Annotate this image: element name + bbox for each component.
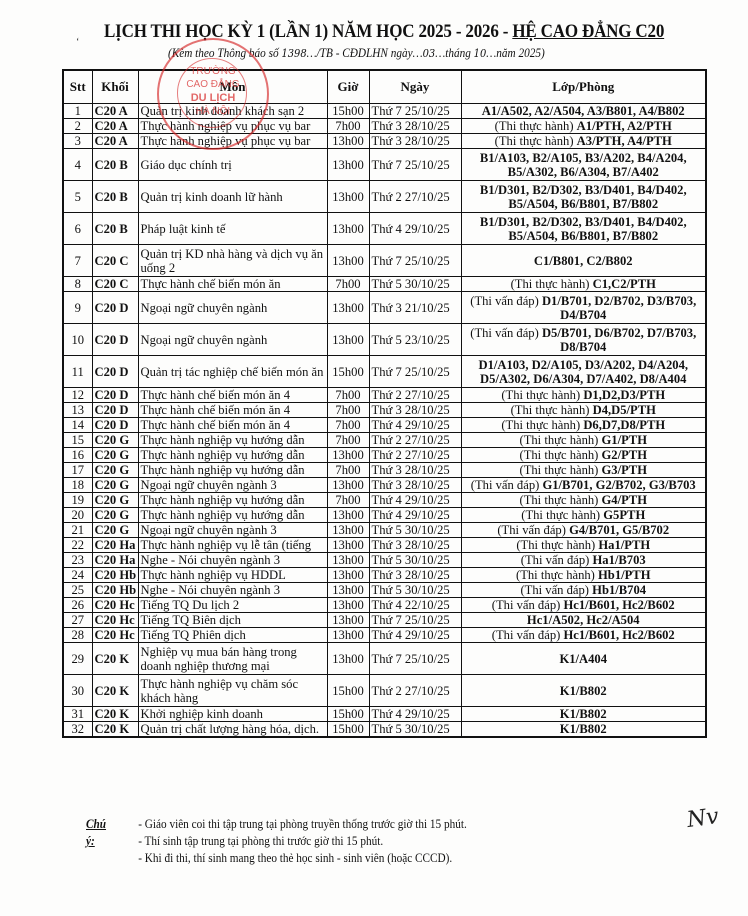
cell-stt: 5 (63, 181, 92, 213)
cell-khoi: C20 B (92, 149, 138, 181)
cell-stt: 30 (63, 675, 92, 707)
cell-khoi: C20 Hc (92, 628, 138, 643)
cell-lop-phong: (Thi vấn đáp) Hc1/B601, Hc2/B602 (461, 628, 706, 643)
cell-lop-phong: A1/A502, A2/A504, A3/B801, A4/B802 (461, 104, 706, 119)
cell-gio: 13h00 (327, 245, 369, 277)
cell-stt: 9 (63, 292, 92, 324)
cell-stt: 8 (63, 277, 92, 292)
cell-stt: 19 (63, 493, 92, 508)
cell-khoi: C20 K (92, 707, 138, 722)
table-row: 22C20 HaThực hành nghiệp vụ lễ tân (tiến… (63, 538, 706, 553)
cell-khoi: C20 G (92, 478, 138, 493)
table-row: 15C20 GThực hành nghiệp vụ hướng dẫn7h00… (63, 433, 706, 448)
cell-gio: 13h00 (327, 628, 369, 643)
cell-mon: Thực hành nghiệp vụ hướng dẫn (138, 448, 327, 463)
exam-type: (Thi thực hành) (501, 388, 583, 402)
cell-gio: 13h00 (327, 613, 369, 628)
cell-gio: 13h00 (327, 538, 369, 553)
cell-lop-phong: (Thi thực hành) A3/PTH, A4/PTH (461, 134, 706, 149)
table-row: 5C20 BQuản trị kinh doanh lữ hành13h00Th… (63, 181, 706, 213)
cell-stt: 21 (63, 523, 92, 538)
cell-stt: 27 (63, 613, 92, 628)
cell-gio: 13h00 (327, 598, 369, 613)
table-row: 6C20 BPháp luật kinh tế13h00Thứ 4 29/10/… (63, 213, 706, 245)
cell-mon: Quản trị tác nghiệp chế biến món ăn (138, 356, 327, 388)
cell-ngay: Thứ 4 29/10/25 (369, 493, 461, 508)
cell-mon: Thực hành nghiệp vụ phục vụ bar (138, 134, 327, 149)
cell-ngay: Thứ 5 30/10/25 (369, 722, 461, 738)
cell-khoi: C20 G (92, 508, 138, 523)
cell-lop-phong: K1/B802 (461, 675, 706, 707)
cell-khoi: C20 G (92, 448, 138, 463)
title-program: HỆ CAO ĐẲNG C20 (512, 22, 664, 42)
cell-stt: 22 (63, 538, 92, 553)
notes-label: Chú ý: (86, 816, 106, 850)
cell-stt: 25 (63, 583, 92, 598)
cell-mon: Thực hành nghiệp vụ chăm sóc khách hàng (138, 675, 327, 707)
class-room: D1/B701, D2/B702, D3/B703, D4/B704 (542, 294, 696, 322)
table-row: 26C20 HcTiếng TQ Du lịch 213h00Thứ 4 22/… (63, 598, 706, 613)
cell-mon: Thực hành nghiệp vụ hướng dẫn (138, 493, 327, 508)
table-row: 8C20 CThực hành chế biến món ăn7h00Thứ 5… (63, 277, 706, 292)
cell-mon: Quản trị KD nhà hàng và dịch vụ ăn uống … (138, 245, 327, 277)
class-room: G5PTH (603, 508, 645, 522)
cell-mon: Giáo dục chính trị (138, 149, 327, 181)
table-body: 1C20 AQuản trị kinh doanh khách sạn 215h… (63, 104, 706, 738)
cell-khoi: C20 Ha (92, 553, 138, 568)
cell-ngay: Thứ 5 30/10/25 (369, 553, 461, 568)
table-row: 19C20 GThực hành nghiệp vụ hướng dẫn7h00… (63, 493, 706, 508)
cell-khoi: C20 K (92, 722, 138, 738)
cell-lop-phong: (Thi thực hành) G1/PTH (461, 433, 706, 448)
cell-gio: 7h00 (327, 403, 369, 418)
cell-ngay: Thứ 3 28/10/25 (369, 478, 461, 493)
cell-mon: Nghe - Nói chuyên ngành 3 (138, 553, 327, 568)
cell-mon: Thực hành nghiệp vụ hướng dẫn (138, 508, 327, 523)
cell-lop-phong: (Thi thực hành) Hb1/PTH (461, 568, 706, 583)
cell-stt: 23 (63, 553, 92, 568)
cell-khoi: C20 A (92, 104, 138, 119)
cell-mon: Nghe - Nói chuyên ngành 3 (138, 583, 327, 598)
cell-gio: 13h00 (327, 324, 369, 356)
cell-gio: 15h00 (327, 722, 369, 738)
title-main: LỊCH THI HỌC KỲ 1 (LẦN 1) NĂM HỌC 2025 -… (104, 22, 512, 42)
cell-lop-phong: (Thi thực hành) A1/PTH, A2/PTH (461, 119, 706, 134)
cell-khoi: C20 Hb (92, 583, 138, 598)
cell-lop-phong: (Thi thực hành) G3/PTH (461, 463, 706, 478)
class-room: K1/A404 (559, 652, 607, 666)
cell-mon: Khởi nghiệp kinh doanh (138, 707, 327, 722)
cell-stt: 2 (63, 119, 92, 134)
cell-lop-phong: (Thi thực hành) D4,D5/PTH (461, 403, 706, 418)
table-row: 32C20 KQuản trị chất lượng hàng hóa, dịc… (63, 722, 706, 738)
cell-lop-phong: (Thi vấn đáp) D5/B701, D6/B702, D7/B703,… (461, 324, 706, 356)
cell-lop-phong: (Thi vấn đáp) G1/B701, G2/B702, G3/B703 (461, 478, 706, 493)
cell-lop-phong: (Thi vấn đáp) D1/B701, D2/B702, D3/B703,… (461, 292, 706, 324)
class-room: G4/B701, G5/B702 (569, 523, 669, 537)
cell-gio: 7h00 (327, 418, 369, 433)
class-room: Hb1/PTH (598, 568, 650, 582)
cell-khoi: C20 D (92, 388, 138, 403)
cell-mon: Thực hành nghiệp vụ HDDL (138, 568, 327, 583)
cell-mon: Tiếng TQ Biên dịch (138, 613, 327, 628)
cell-lop-phong: (Thi thực hành) C1,C2/PTH (461, 277, 706, 292)
table-row: 28C20 HcTiếng TQ Phiên dịch13h00Thứ 4 29… (63, 628, 706, 643)
class-room: K1/B802 (560, 684, 607, 698)
cell-gio: 7h00 (327, 463, 369, 478)
cell-lop-phong: (Thi vấn đáp) Hc1/B601, Hc2/B602 (461, 598, 706, 613)
table-row: 25C20 HbNghe - Nói chuyên ngành 313h00Th… (63, 583, 706, 598)
cell-mon: Thực hành chế biến món ăn 4 (138, 403, 327, 418)
note-item: - Khi đi thi, thí sinh mang theo thẻ học… (138, 850, 467, 867)
cell-lop-phong: (Thi vấn đáp) G4/B701, G5/B702 (461, 523, 706, 538)
cell-stt: 24 (63, 568, 92, 583)
cell-ngay: Thứ 4 29/10/25 (369, 418, 461, 433)
table-row: 9C20 DNgoại ngữ chuyên ngành13h00Thứ 3 2… (63, 292, 706, 324)
class-room: D6,D7,D8/PTH (583, 418, 665, 432)
cell-khoi: C20 G (92, 433, 138, 448)
header-lop-phong: Lớp/Phòng (461, 70, 706, 104)
cell-lop-phong: (Thi thực hành) G2/PTH (461, 448, 706, 463)
cell-gio: 15h00 (327, 707, 369, 722)
table-row: 14C20 DThực hành chế biến món ăn 47h00Th… (63, 418, 706, 433)
exam-type: (Thi thực hành) (511, 277, 593, 291)
cell-gio: 7h00 (327, 119, 369, 134)
cell-mon: Quản trị chất lượng hàng hóa, dịch. (138, 722, 327, 738)
cell-lop-phong: C1/B801, C2/B802 (461, 245, 706, 277)
cell-mon: Thực hành chế biến món ăn 4 (138, 418, 327, 433)
cell-khoi: C20 C (92, 277, 138, 292)
cell-stt: 7 (63, 245, 92, 277)
class-room: Hc1/A502, Hc2/A504 (527, 613, 640, 627)
cell-lop-phong: K1/B802 (461, 707, 706, 722)
cell-khoi: C20 D (92, 292, 138, 324)
cell-gio: 13h00 (327, 553, 369, 568)
table-row: 21C20 GNgoại ngữ chuyên ngành 313h00Thứ … (63, 523, 706, 538)
cell-mon: Thực hành chế biến món ăn 4 (138, 388, 327, 403)
class-room: G3/PTH (602, 463, 647, 477)
cell-gio: 13h00 (327, 292, 369, 324)
table-header-row: Stt Khối Môn Giờ Ngày Lớp/Phòng (63, 70, 706, 104)
class-room: C1,C2/PTH (593, 277, 656, 291)
header-mon: Môn (138, 70, 327, 104)
cell-ngay: Thứ 5 30/10/25 (369, 277, 461, 292)
cell-stt: 20 (63, 508, 92, 523)
cell-ngay: Thứ 5 30/10/25 (369, 523, 461, 538)
cell-lop-phong: Hc1/A502, Hc2/A504 (461, 613, 706, 628)
cell-lop-phong: (Thi vấn đáp) Hb1/B704 (461, 583, 706, 598)
cell-lop-phong: (Thi thực hành) D1,D2,D3/PTH (461, 388, 706, 403)
cell-khoi: C20 C (92, 245, 138, 277)
cell-stt: 13 (63, 403, 92, 418)
cell-gio: 13h00 (327, 523, 369, 538)
cell-khoi: C20 A (92, 119, 138, 134)
table-row: 3C20 AThực hành nghiệp vụ phục vụ bar13h… (63, 134, 706, 149)
header-stt: Stt (63, 70, 92, 104)
exam-type: (Thi thực hành) (501, 418, 583, 432)
cell-gio: 7h00 (327, 277, 369, 292)
table-row: 23C20 HaNghe - Nói chuyên ngành 313h00Th… (63, 553, 706, 568)
exam-type: (Thi vấn đáp) (492, 628, 564, 642)
table-row: 20C20 GThực hành nghiệp vụ hướng dẫn13h0… (63, 508, 706, 523)
cell-mon: Tiếng TQ Du lịch 2 (138, 598, 327, 613)
cell-gio: 13h00 (327, 149, 369, 181)
class-room: D4,D5/PTH (593, 403, 656, 417)
cell-mon: Thực hành nghiệp vụ hướng dẫn (138, 433, 327, 448)
cell-ngay: Thứ 7 25/10/25 (369, 643, 461, 675)
cell-khoi: C20 Hb (92, 568, 138, 583)
exam-type: (Thi thực hành) (511, 403, 593, 417)
cell-mon: Ngoại ngữ chuyên ngành (138, 292, 327, 324)
table-row: 24C20 HbThực hành nghiệp vụ HDDL13h00Thứ… (63, 568, 706, 583)
class-room: Hc1/B601, Hc2/B602 (563, 598, 674, 612)
document-subtitle: (Kèm theo Thông báo số 1398…/TB - CĐDLHN… (168, 46, 636, 61)
cell-stt: 28 (63, 628, 92, 643)
signature: Nv (685, 804, 720, 833)
cell-ngay: Thứ 4 29/10/25 (369, 508, 461, 523)
exam-type: (Thi vấn đáp) (470, 294, 542, 308)
cell-gio: 7h00 (327, 433, 369, 448)
cell-khoi: C20 G (92, 523, 138, 538)
cell-ngay: Thứ 3 28/10/25 (369, 538, 461, 553)
cell-khoi: C20 K (92, 675, 138, 707)
class-room: K1/B802 (560, 722, 607, 736)
cell-gio: 13h00 (327, 643, 369, 675)
exam-type: (Thi vấn đáp) (497, 523, 569, 537)
cell-stt: 14 (63, 418, 92, 433)
cell-stt: 10 (63, 324, 92, 356)
table-row: 18C20 GNgoại ngữ chuyên ngành 313h00Thứ … (63, 478, 706, 493)
cell-lop-phong: D1/A103, D2/A105, D3/A202, D4/A204, D5/A… (461, 356, 706, 388)
table-row: 2C20 AThực hành nghiệp vụ phục vụ bar7h0… (63, 119, 706, 134)
cell-stt: 11 (63, 356, 92, 388)
class-room: B1/D301, B2/D302, B3/D401, B4/D402, B5/A… (480, 183, 687, 211)
cell-gio: 15h00 (327, 356, 369, 388)
exam-type: (Thi thực hành) (520, 433, 602, 447)
cell-lop-phong: (Thi thực hành) G5PTH (461, 508, 706, 523)
notice-number: 1398 (281, 47, 306, 60)
cell-ngay: Thứ 2 27/10/25 (369, 433, 461, 448)
document-title: LỊCH THI HỌC KỲ 1 (LẦN 1) NĂM HỌC 2025 -… (104, 22, 674, 43)
cell-gio: 13h00 (327, 448, 369, 463)
cell-stt: 29 (63, 643, 92, 675)
cell-khoi: C20 A (92, 134, 138, 149)
cell-stt: 32 (63, 722, 92, 738)
exam-type: (Thi thực hành) (521, 508, 603, 522)
header-gio: Giờ (327, 70, 369, 104)
exam-type: (Thi thực hành) (520, 448, 602, 462)
cell-ngay: Thứ 4 22/10/25 (369, 598, 461, 613)
cell-stt: 26 (63, 598, 92, 613)
cell-gio: 13h00 (327, 568, 369, 583)
class-room: D5/B701, D6/B702, D7/B703, D8/B704 (542, 326, 696, 354)
cell-ngay: Thứ 3 28/10/25 (369, 463, 461, 478)
table-row: 29C20 KNghiệp vụ mua bán hàng trong doan… (63, 643, 706, 675)
cell-lop-phong: B1/D301, B2/D302, B3/D401, B4/D402, B5/A… (461, 181, 706, 213)
table-row: 30C20 KThực hành nghiệp vụ chăm sóc khác… (63, 675, 706, 707)
header-ngay: Ngày (369, 70, 461, 104)
class-room: D1,D2,D3/PTH (583, 388, 665, 402)
cell-mon: Quản trị kinh doanh lữ hành (138, 181, 327, 213)
cell-khoi: C20 Hc (92, 613, 138, 628)
cell-khoi: C20 Ha (92, 538, 138, 553)
cell-ngay: Thứ 7 25/10/25 (369, 245, 461, 277)
cell-mon: Ngoại ngữ chuyên ngành (138, 324, 327, 356)
note-item: - Giáo viên coi thi tập trung tại phòng … (138, 816, 467, 833)
class-room: Hb1/B704 (592, 583, 646, 597)
cell-mon: Quản trị kinh doanh khách sạn 2 (138, 104, 327, 119)
cell-gio: 13h00 (327, 213, 369, 245)
cell-gio: 15h00 (327, 104, 369, 119)
cell-ngay: Thứ 7 25/10/25 (369, 613, 461, 628)
table-row: 7C20 CQuản trị KD nhà hàng và dịch vụ ăn… (63, 245, 706, 277)
class-room: G1/PTH (602, 433, 647, 447)
cell-ngay: Thứ 4 29/10/25 (369, 628, 461, 643)
table-row: 27C20 HcTiếng TQ Biên dịch13h00Thứ 7 25/… (63, 613, 706, 628)
cell-stt: 31 (63, 707, 92, 722)
cell-ngay: Thứ 7 25/10/25 (369, 356, 461, 388)
cell-mon: Ngoại ngữ chuyên ngành 3 (138, 478, 327, 493)
table-row: 1C20 AQuản trị kinh doanh khách sạn 215h… (63, 104, 706, 119)
exam-type: (Thi vấn đáp) (470, 326, 542, 340)
cell-lop-phong: (Thi thực hành) G4/PTH (461, 493, 706, 508)
exam-type: (Thi vấn đáp) (471, 478, 543, 492)
cell-ngay: Thứ 2 27/10/25 (369, 448, 461, 463)
exam-schedule-table: Stt Khối Môn Giờ Ngày Lớp/Phòng 1C20 AQu… (62, 69, 707, 738)
table-row: 10C20 DNgoại ngữ chuyên ngành13h00Thứ 5 … (63, 324, 706, 356)
cell-mon: Ngoại ngữ chuyên ngành 3 (138, 523, 327, 538)
table-row: 13C20 DThực hành chế biến món ăn 47h00Th… (63, 403, 706, 418)
cell-mon: Pháp luật kinh tế (138, 213, 327, 245)
class-room: B1/D301, B2/D302, B3/D401, B4/D402, B5/A… (480, 215, 687, 243)
cell-stt: 12 (63, 388, 92, 403)
exam-type: (Thi vấn đáp) (521, 553, 593, 567)
cell-gio: 13h00 (327, 478, 369, 493)
cell-khoi: C20 G (92, 493, 138, 508)
note-item: - Thí sinh tập trung tại phòng thi trước… (138, 833, 467, 850)
header-khoi: Khối (92, 70, 138, 104)
cell-ngay: Thứ 2 27/10/25 (369, 675, 461, 707)
cell-gio: 7h00 (327, 388, 369, 403)
subtitle-mid1: …/TB - CĐDLHN ngày… (307, 46, 423, 60)
table-row: 12C20 DThực hành chế biến món ăn 47h00Th… (63, 388, 706, 403)
cell-gio: 13h00 (327, 134, 369, 149)
cell-mon: Thực hành nghiệp vụ lễ tân (tiếng (138, 538, 327, 553)
cell-ngay: Thứ 7 25/10/25 (369, 104, 461, 119)
cell-ngay: Thứ 4 29/10/25 (369, 213, 461, 245)
table-row: 31C20 KKhởi nghiệp kinh doanh15h00Thứ 4 … (63, 707, 706, 722)
cell-ngay: Thứ 3 28/10/25 (369, 403, 461, 418)
exam-type: (Thi thực hành) (495, 119, 577, 133)
cell-mon: Thực hành nghiệp vụ phục vụ bar (138, 119, 327, 134)
cell-ngay: Thứ 7 25/10/25 (369, 149, 461, 181)
exam-type: (Thi thực hành) (516, 568, 598, 582)
cell-lop-phong: (Thi vấn đáp) Ha1/B703 (461, 553, 706, 568)
exam-type: (Thi thực hành) (520, 463, 602, 477)
class-room: B1/A103, B2/A105, B3/A202, B4/A204, B5/A… (480, 151, 687, 179)
cell-mon: Thực hành chế biến món ăn (138, 277, 327, 292)
cell-stt: 17 (63, 463, 92, 478)
cell-khoi: C20 K (92, 643, 138, 675)
scan-mark: ‘ (76, 37, 79, 48)
cell-ngay: Thứ 5 30/10/25 (369, 583, 461, 598)
cell-ngay: Thứ 3 28/10/25 (369, 134, 461, 149)
class-room: G4/PTH (602, 493, 647, 507)
subtitle-prefix: (Kèm theo Thông báo số (168, 46, 281, 60)
class-room: G2/PTH (602, 448, 647, 462)
exam-type: (Thi thực hành) (495, 134, 577, 148)
cell-khoi: C20 D (92, 418, 138, 433)
class-room: K1/B802 (560, 707, 607, 721)
class-room: G1/B701, G2/B702, G3/B703 (542, 478, 695, 492)
class-room: Ha1/PTH (598, 538, 650, 552)
cell-gio: 13h00 (327, 181, 369, 213)
cell-lop-phong: K1/A404 (461, 643, 706, 675)
class-room: A1/A502, A2/A504, A3/B801, A4/B802 (482, 104, 685, 118)
exam-type: (Thi vấn đáp) (492, 598, 564, 612)
class-room: Hc1/B601, Hc2/B602 (563, 628, 674, 642)
cell-stt: 18 (63, 478, 92, 493)
cell-khoi: C20 B (92, 213, 138, 245)
cell-lop-phong: K1/B802 (461, 722, 706, 738)
cell-ngay: Thứ 3 21/10/25 (369, 292, 461, 324)
cell-stt: 3 (63, 134, 92, 149)
cell-gio: 13h00 (327, 508, 369, 523)
cell-lop-phong: (Thi thực hành) D6,D7,D8/PTH (461, 418, 706, 433)
cell-mon: Thực hành nghiệp vụ hướng dẫn (138, 463, 327, 478)
cell-ngay: Thứ 4 29/10/25 (369, 707, 461, 722)
table-row: 17C20 GThực hành nghiệp vụ hướng dẫn7h00… (63, 463, 706, 478)
cell-khoi: C20 Hc (92, 598, 138, 613)
cell-stt: 15 (63, 433, 92, 448)
exam-type: (Thi thực hành) (516, 538, 598, 552)
cell-mon: Tiếng TQ Phiên dịch (138, 628, 327, 643)
cell-khoi: C20 D (92, 403, 138, 418)
exam-type: (Thi thực hành) (520, 493, 602, 507)
class-room: A1/PTH, A2/PTH (577, 119, 672, 133)
notice-month: 10 (474, 47, 487, 60)
notice-day: 03 (423, 47, 436, 60)
class-room: Ha1/B703 (593, 553, 646, 567)
class-room: A3/PTH, A4/PTH (577, 134, 672, 148)
cell-gio: 7h00 (327, 493, 369, 508)
class-room: C1/B801, C2/B802 (534, 254, 633, 268)
table-row: 11C20 DQuản trị tác nghiệp chế biến món … (63, 356, 706, 388)
exam-type: (Thi vấn đáp) (520, 583, 592, 597)
cell-stt: 16 (63, 448, 92, 463)
cell-ngay: Thứ 2 27/10/25 (369, 388, 461, 403)
cell-mon: Nghiệp vụ mua bán hàng trong doanh nghiệ… (138, 643, 327, 675)
cell-ngay: Thứ 2 27/10/25 (369, 181, 461, 213)
table-row: 4C20 BGiáo dục chính trị13h00Thứ 7 25/10… (63, 149, 706, 181)
cell-lop-phong: (Thi thực hành) Ha1/PTH (461, 538, 706, 553)
class-room: D1/A103, D2/A105, D3/A202, D4/A204, D5/A… (478, 358, 688, 386)
cell-lop-phong: B1/A103, B2/A105, B3/A202, B4/A204, B5/A… (461, 149, 706, 181)
cell-stt: 6 (63, 213, 92, 245)
subtitle-mid2: …tháng (435, 46, 473, 60)
cell-khoi: C20 B (92, 181, 138, 213)
cell-stt: 4 (63, 149, 92, 181)
cell-lop-phong: B1/D301, B2/D302, B3/D401, B4/D402, B5/A… (461, 213, 706, 245)
cell-stt: 1 (63, 104, 92, 119)
cell-gio: 15h00 (327, 675, 369, 707)
cell-ngay: Thứ 3 28/10/25 (369, 119, 461, 134)
cell-gio: 13h00 (327, 583, 369, 598)
cell-khoi: C20 D (92, 324, 138, 356)
table-row: 16C20 GThực hành nghiệp vụ hướng dẫn13h0… (63, 448, 706, 463)
cell-ngay: Thứ 5 23/10/25 (369, 324, 461, 356)
cell-khoi: C20 D (92, 356, 138, 388)
